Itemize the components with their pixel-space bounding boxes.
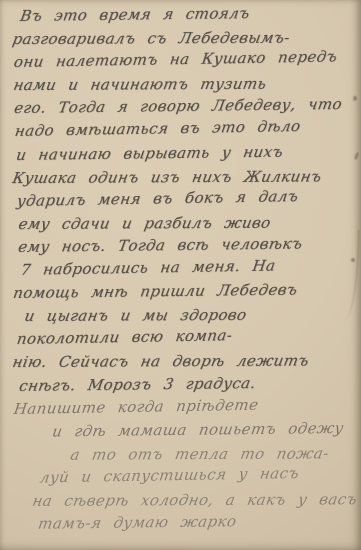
handwriting-text-block: Въ это время я стоялъ разговаривалъ съ Л…	[10, 7, 355, 538]
handwriting-line: поколотили всю компа-	[10, 324, 359, 353]
ink-smudge	[353, 96, 357, 101]
handwriting-line: тамъ-я думаю жарко	[10, 511, 360, 538]
handwriting-line: и начинаю вырывать у нихъ	[10, 141, 360, 168]
handwriting-line: и гдѣ мамаша пошьетъ одежу	[10, 418, 360, 445]
handwriting-line: Въ это время я стоялъ	[10, 3, 360, 30]
handwriting-line: помощь мнѣ пришли Лебедевъ	[10, 280, 360, 307]
handwriting-line: луй и скапустишься у насъ	[10, 463, 359, 492]
manuscript-page: Въ это время я стоялъ разговаривалъ съ Л…	[0, 0, 361, 550]
handwriting-line: надо вмѣшаться въ это дѣло	[10, 116, 359, 145]
handwriting-line: они налетаютъ на Кушако передъ	[10, 47, 359, 76]
